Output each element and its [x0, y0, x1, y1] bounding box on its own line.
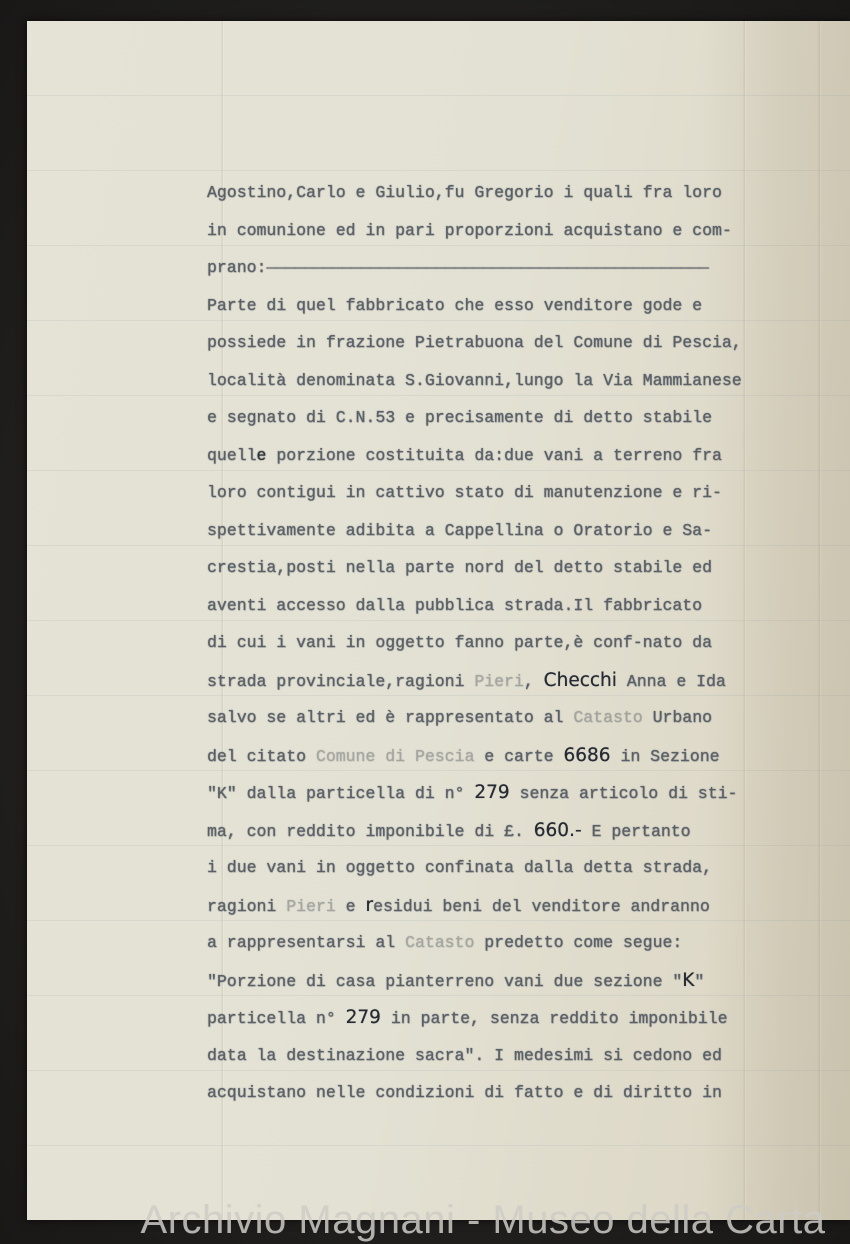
document-line: loro contigui in cattivo stato di manute… [207, 474, 742, 512]
document-line: particella n° 279 in parte, senza reddit… [207, 999, 742, 1037]
document-line: salvo se altri ed è rappresentato al Cat… [207, 699, 742, 737]
typed-segment: acquistano nelle condizioni di fatto e d… [207, 1083, 722, 1102]
typed-segment: Urbano [643, 708, 712, 727]
document-line: "K" dalla particella di n° 279 senza art… [207, 774, 742, 812]
typed-segment: "Porzione di casa pianterreno vani due s… [207, 972, 682, 991]
document-line: ragioni Pieri e residui beni del vendito… [207, 887, 742, 925]
document-line: a rappresentarsi al Catasto predetto com… [207, 924, 742, 962]
handwritten-segment: 660.- [534, 820, 582, 841]
typed-segment: di cui i vani in oggetto fanno parte,è c… [207, 633, 712, 652]
document-page: Agostino,Carlo e Giulio,fu Gregorio i qu… [27, 21, 850, 1220]
typed-segment: Pieri [474, 672, 524, 691]
document-line: data la destinazione sacra". I medesimi … [207, 1037, 742, 1075]
typed-segment: ragioni [207, 897, 286, 916]
document-line: possiede in frazione Pietrabuona del Com… [207, 324, 742, 362]
typed-segment: e carte [474, 747, 563, 766]
typed-segment: in comunione ed in pari proporzioni acqu… [207, 221, 732, 240]
document-line: strada provinciale,ragioni Pieri, Checch… [207, 662, 742, 700]
document-line: prano:——————————————————————————————————… [207, 249, 742, 287]
document-line: crestia,posti nella parte nord del detto… [207, 549, 742, 587]
typed-segment: salvo se altri ed è rappresentato al [207, 708, 573, 727]
typed-segment: , [524, 672, 544, 691]
typed-segment: "K" dalla particella di n° [207, 784, 474, 803]
typed-segment: strada provinciale,ragioni [207, 672, 474, 691]
fold-crease [743, 21, 746, 1220]
typed-segment: data la destinazione sacra". I medesimi … [207, 1046, 722, 1065]
document-line: e segnato di C.N.53 e precisamente di de… [207, 399, 742, 437]
typed-segment: Comune di Pescia [316, 747, 474, 766]
typed-segment: aventi accesso dalla pubblica strada.Il … [207, 596, 702, 615]
typed-segment: in parte, senza reddito imponibile [381, 1009, 728, 1028]
document-line: quelle porzione costituita da:due vani a… [207, 437, 742, 475]
document-line: i due vani in oggetto confinata dalla de… [207, 849, 742, 887]
typed-segment: predetto come segue: [474, 933, 682, 952]
handwritten-segment: Checchi [544, 670, 617, 691]
typed-segment: particella n° [207, 1009, 346, 1028]
typed-segment: Agostino,Carlo e Giulio,fu Gregorio i qu… [207, 183, 722, 202]
document-line: ma, con reddito imponibile di £. 660.- E… [207, 812, 742, 850]
typed-segment: quell [207, 446, 257, 465]
typed-segment: prano: [207, 258, 266, 277]
typed-segment: località denominata S.Giovanni,lungo la … [207, 371, 742, 390]
document-line: in comunione ed in pari proporzioni acqu… [207, 212, 742, 250]
typed-segment: spettivamente adibita a Cappellina o Ora… [207, 521, 712, 540]
document-line: Parte di quel fabbricato che esso vendit… [207, 287, 742, 325]
typed-segment: crestia,posti nella parte nord del detto… [207, 558, 712, 577]
document-line: aventi accesso dalla pubblica strada.Il … [207, 587, 742, 625]
typed-segment: loro contigui in cattivo stato di manute… [207, 483, 722, 502]
typed-segment: possiede in frazione Pietrabuona del Com… [207, 333, 742, 352]
handwritten-segment: K [682, 970, 694, 991]
document-line: "Porzione di casa pianterreno vani due s… [207, 962, 742, 1000]
typed-segment: i due vani in oggetto confinata dalla de… [207, 858, 712, 877]
typed-segment: ————————————————————————————————————————… [266, 258, 708, 277]
typed-segment: porzione costituita da:due vani a terren… [266, 446, 721, 465]
typed-segment: senza articolo di sti- [510, 784, 738, 803]
typed-segment: Anna e Ida [617, 672, 726, 691]
handwritten-segment: 6686 [563, 745, 610, 766]
scanned-document-viewer: Agostino,Carlo e Giulio,fu Gregorio i qu… [0, 0, 850, 1244]
typed-segment: in Sezione [611, 747, 720, 766]
document-line: spettivamente adibita a Cappellina o Ora… [207, 512, 742, 550]
document-line: di cui i vani in oggetto fanno parte,è c… [207, 624, 742, 662]
typed-segment: Catasto [405, 933, 474, 952]
typed-segment: e [257, 446, 267, 465]
typed-segment: del citato [207, 747, 316, 766]
typed-segment: " [694, 972, 704, 991]
watermark-text: Archivio Magnani - Museo della Carta [141, 1198, 826, 1243]
document-line: Agostino,Carlo e Giulio,fu Gregorio i qu… [207, 174, 742, 212]
document-text: Agostino,Carlo e Giulio,fu Gregorio i qu… [207, 174, 742, 1112]
typed-segment: Parte di quel fabbricato che esso vendit… [207, 296, 702, 315]
document-line: località denominata S.Giovanni,lungo la … [207, 362, 742, 400]
fold-crease [818, 21, 821, 1220]
typed-segment: esidui beni del venditore andranno [373, 897, 710, 916]
typed-segment: e [336, 897, 366, 916]
handwritten-segment: 279 [474, 782, 509, 803]
handwritten-segment: r [365, 895, 373, 916]
document-line: del citato Comune di Pescia e carte 6686… [207, 737, 742, 775]
typed-segment: a rappresentarsi al [207, 933, 405, 952]
typed-segment: Pieri [286, 897, 336, 916]
typed-segment: Catasto [573, 708, 642, 727]
typed-segment: e segnato di C.N.53 e precisamente di de… [207, 408, 712, 427]
typed-segment: ma, con reddito imponibile di £. [207, 822, 534, 841]
typed-segment: E pertanto [582, 822, 691, 841]
document-line: acquistano nelle condizioni di fatto e d… [207, 1074, 742, 1112]
handwritten-segment: 279 [346, 1007, 381, 1028]
